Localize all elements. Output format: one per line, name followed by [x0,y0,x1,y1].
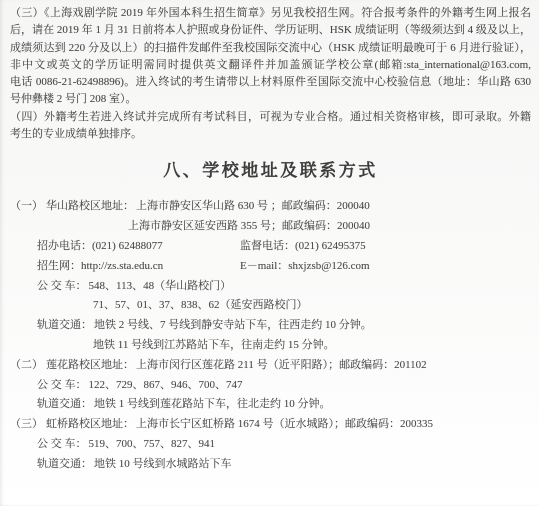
bus-lines-yanan-gate: 71、57、01、37、838、62（延安西路校门） [10,296,531,316]
website-url: http://zs.sta.edu.cn [81,260,163,272]
bus-lines: 122、729、867、946、700、747 [89,379,243,391]
campus-label: 华山路校区地址： [46,200,134,212]
metro-label: 轨道交通： [37,458,92,470]
bus-label: 公 交 车： [37,280,87,292]
admissions-phone-number: (021) 62488077 [92,240,163,252]
campus-address: 上海市长宁区虹桥路 1674 号（近水城路）；邮政编码：200335 [136,418,433,430]
para-3-line-1: （三）《上海戏剧学院 2019 年外国本科生招生简章》另见我校招生网。符合报考条… [10,5,531,22]
supervision-phone-label: 监督电话： [240,240,295,252]
admissions-phone-label: 招办电话： [37,240,92,252]
bus-lines-huashan-gate: 548、113、48（华山路校门） [89,280,232,292]
phone-row: 招办电话：(021) 62488077监督电话：(021) 62495375 [10,237,531,257]
bus-row: 公 交 车：519、700、757、827、941 [10,435,531,455]
bus-label: 公 交 车： [37,379,87,391]
metro-line-1: 地铁 2 号线、7 号线到静安寺站下车，往西走约 10 分钟。 [94,319,372,331]
campus-address: 上海市静安区华山路 630 号 ；邮政编码：200040 [136,200,370,212]
campus-huashan: （一）华山路校区地址：上海市静安区华山路 630 号 ；邮政编码：200040 … [10,197,531,355]
document-content: （三）《上海戏剧学院 2019 年外国本科生招生简章》另见我校招生网。符合报考条… [0,0,539,475]
campus-huashan-address-2: 上海市静安区延安西路 355 号；邮政编码：200040 [10,217,531,237]
para-3-line-5: 电话 0086-21-62498896)。进入终试的考生请带以上材料原件至国际交… [10,74,531,91]
para-3-line-2: 后，请在 2019 年 1 月 31 日前将本人护照或身份证件、学历证明、HSK… [10,22,531,39]
section-heading: 八、学校地址及联系方式 [10,159,531,183]
email-contact: E－mail：shxjzsb@126.com [240,260,370,272]
email-label: E－mail： [240,260,288,272]
admissions-phone: 招办电话：(021) 62488077 [37,237,240,257]
campus-number: （三） [10,418,43,430]
metro-row: 轨道交通：地铁 10 号线到水城路站下车 [10,455,531,475]
campus-lianhua: （二）莲花路校区地址：上海市闵行区莲花路 211 号（近平阳路）；邮政编码：20… [10,356,531,415]
admissions-website: 招生网：http://zs.sta.edu.cn [37,257,240,277]
bus-row: 公 交 车：548、113、48（华山路校门） [10,277,531,297]
para-4-line-2: 考生的专业成绩单独排序。 [10,126,531,143]
para-3-line-6: 号仲彝楼 2 号门 208 室）。 [10,91,531,108]
para-3-line-4: 非中文或英文的学历证明需同时提供英文翻译件并加盖颁证学校公章(邮箱:sta_in… [10,57,531,74]
campus-hongqiao: （三）虹桥路校区地址：上海市长宁区虹桥路 1674 号（近水城路）；邮政编码：2… [10,415,531,474]
paragraph-item-3: （三）《上海戏剧学院 2019 年外国本科生招生简章》另见我校招生网。符合报考条… [10,5,531,109]
document-page: （三）《上海戏剧学院 2019 年外国本科生招生简章》另见我校招生网。符合报考条… [0,0,539,506]
campus-hongqiao-address-line: （三）虹桥路校区地址：上海市长宁区虹桥路 1674 号（近水城路）；邮政编码：2… [10,415,531,435]
web-email-row: 招生网：http://zs.sta.edu.cnE－mail：shxjzsb@1… [10,257,531,277]
metro-line: 地铁 1 号线到莲花路站下车，往北走约 10 分钟。 [94,398,331,410]
para-4-line-1: （四）外籍考生若进入终试并完成所有考试科目，可视为专业合格。通过相关资格审核，即… [10,109,531,126]
supervision-phone: 监督电话：(021) 62495375 [240,240,366,252]
metro-label: 轨道交通： [37,319,92,331]
bus-row: 公 交 车：122、729、867、946、700、747 [10,376,531,396]
supervision-phone-number: (021) 62495375 [295,240,366,252]
metro-row: 轨道交通：地铁 2 号线、7 号线到静安寺站下车，往西走约 10 分钟。 [10,316,531,336]
website-label: 招生网： [37,260,81,272]
campus-contact-section: （一）华山路校区地址：上海市静安区华山路 630 号 ；邮政编码：200040 … [10,197,531,474]
bus-lines: 519、700、757、827、941 [89,438,216,450]
campus-label: 虹桥路校区地址： [46,418,134,430]
campus-address: 上海市闵行区莲花路 211 号（近平阳路）；邮政编码：201102 [136,359,427,371]
campus-number: （二） [10,359,43,371]
para-3-line-3: 成绩须达到 220 分及以上）的扫描件发邮件至我校国际交流中心（HSK 成绩证明… [10,40,531,57]
email-address: shxjzsb@126.com [288,260,369,272]
campus-number: （一） [10,200,43,212]
metro-label: 轨道交通： [37,398,92,410]
campus-lianhua-address-line: （二）莲花路校区地址：上海市闵行区莲花路 211 号（近平阳路）；邮政编码：20… [10,356,531,376]
metro-row: 轨道交通：地铁 1 号线到莲花路站下车，往北走约 10 分钟。 [10,395,531,415]
campus-huashan-address-line: （一）华山路校区地址：上海市静安区华山路 630 号 ；邮政编码：200040 [10,197,531,217]
metro-line: 地铁 10 号线到水城路站下车 [94,458,232,470]
campus-label: 莲花路校区地址： [46,359,134,371]
metro-line-2: 地铁 11 号线到江苏路站下车，往南走约 15 分钟。 [10,336,531,356]
paragraph-item-4: （四）外籍考生若进入终试并完成所有考试科目，可视为专业合格。通过相关资格审核，即… [10,109,531,144]
bus-label: 公 交 车： [37,438,87,450]
